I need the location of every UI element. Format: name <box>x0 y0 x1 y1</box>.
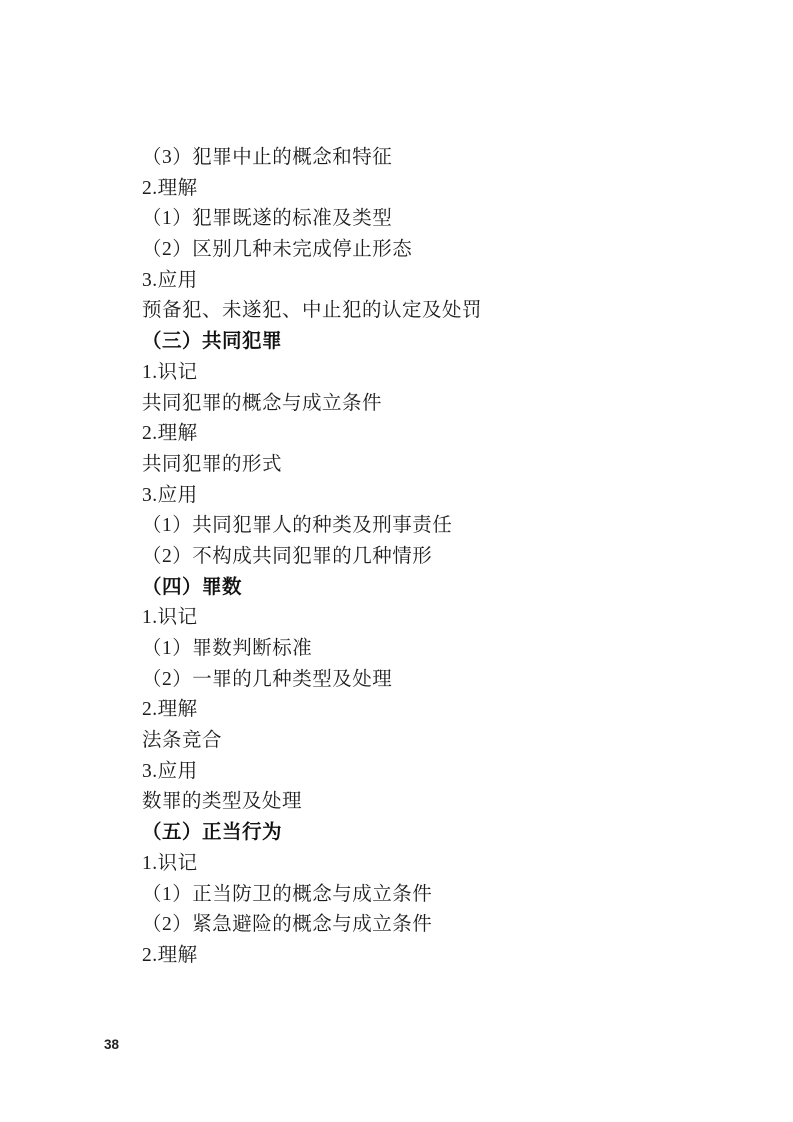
text-line: 2.理解 <box>142 941 702 972</box>
text-line: 2.理解 <box>142 419 702 450</box>
text-line: （1）罪数判断标准 <box>142 634 702 665</box>
text-line: 3.应用 <box>142 266 702 297</box>
text-line: 数罪的类型及处理 <box>142 787 702 818</box>
document-page: （3）犯罪中止的概念和特征2.理解（1）犯罪既遂的标准及类型（2）区别几种未完成… <box>0 0 793 1122</box>
text-line: 3.应用 <box>142 757 702 788</box>
text-line: 法条竞合 <box>142 726 702 757</box>
text-line: （3）犯罪中止的概念和特征 <box>142 143 702 174</box>
text-line: （2）区别几种未完成停止形态 <box>142 235 702 266</box>
text-line: 共同犯罪的形式 <box>142 450 702 481</box>
text-line: 2.理解 <box>142 695 702 726</box>
text-line: 3.应用 <box>142 481 702 512</box>
text-line: 共同犯罪的概念与成立条件 <box>142 389 702 420</box>
text-line: 1.识记 <box>142 849 702 880</box>
text-line: 1.识记 <box>142 358 702 389</box>
text-line: 1.识记 <box>142 603 702 634</box>
page-number: 38 <box>104 1036 119 1054</box>
section-heading: （五）正当行为 <box>142 818 702 849</box>
text-line: （2）不构成共同犯罪的几种情形 <box>142 542 702 573</box>
document-body: （3）犯罪中止的概念和特征2.理解（1）犯罪既遂的标准及类型（2）区别几种未完成… <box>142 143 702 972</box>
section-heading: （四）罪数 <box>142 573 702 604</box>
text-line: 预备犯、未遂犯、中止犯的认定及处罚 <box>142 296 702 327</box>
text-line: （2）紧急避险的概念与成立条件 <box>142 910 702 941</box>
text-line: （1）正当防卫的概念与成立条件 <box>142 880 702 911</box>
text-line: 2.理解 <box>142 174 702 205</box>
text-line: （2）一罪的几种类型及处理 <box>142 665 702 696</box>
text-line: （1）犯罪既遂的标准及类型 <box>142 204 702 235</box>
text-line: （1）共同犯罪人的种类及刑事责任 <box>142 511 702 542</box>
section-heading: （三）共同犯罪 <box>142 327 702 358</box>
